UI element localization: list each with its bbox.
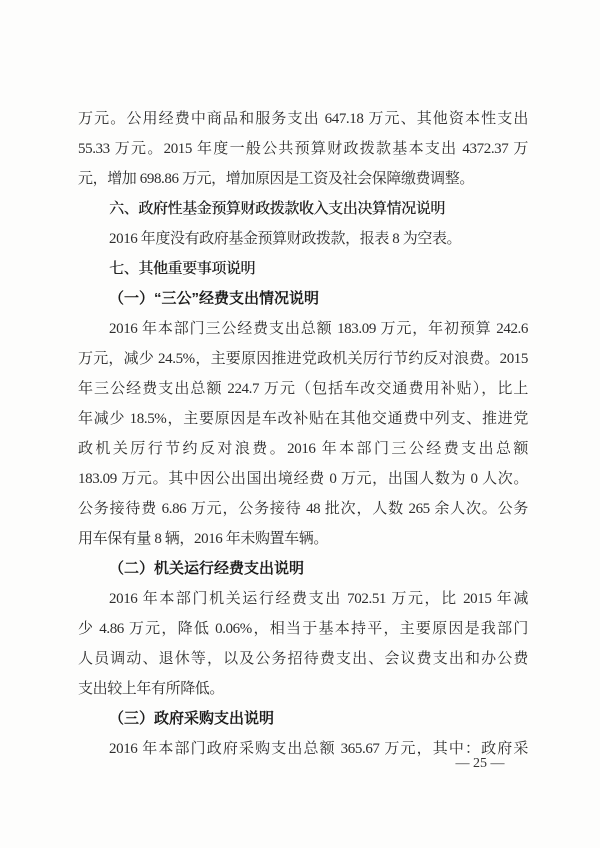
text-line: 用车保有量 8 辆，2016 年未购置车辆。 <box>78 524 528 554</box>
text-line: 人员调动、退休等，以及公务招待费支出、会议费支出和办公费 <box>78 644 528 674</box>
text-line: 2016 年本部门机关运行经费支出 702.51 万元，比 2015 年减 <box>78 584 528 614</box>
text-line: 政机关厉行节约反对浪费。2016 年本部门三公经费支出总额 <box>78 434 528 464</box>
text-line: 七、其他重要事项说明 <box>78 254 528 284</box>
text-line: （二）机关运行经费支出说明 <box>78 554 528 584</box>
text-line: 少 4.86 万元，降低 0.06%，相当于基本持平，主要原因是我部门 <box>78 614 528 644</box>
text-line: 公务接待费 6.86 万元，公务接待 48 批次，人数 265 余人次。公务 <box>78 494 528 524</box>
text-line: （一）“三公”经费支出情况说明 <box>78 284 528 314</box>
document-page: 万元。公用经费中商品和服务支出 647.18 万元、其他资本性支出55.33 万… <box>0 0 600 848</box>
text-line: 六、政府性基金预算财政拨款收入支出决算情况说明 <box>78 194 528 224</box>
text-line: 年三公经费支出总额 224.7 万元（包括车改交通费用补贴），比上 <box>78 374 528 404</box>
text-line: 2016 年本部门三公经费支出总额 183.09 万元，年初预算 242.6 <box>78 314 528 344</box>
text-line: 年减少 18.5%，主要原因是车改补贴在其他交通费中列支、推进党 <box>78 404 528 434</box>
text-line: 万元，减少 24.5%，主要原因推进党政机关厉行节约反对浪费。2015 <box>78 344 528 374</box>
page-number: — 25 — <box>438 753 522 775</box>
text-line: （三）政府采购支出说明 <box>78 704 528 734</box>
text-line: 55.33 万元。2015 年度一般公共预算财政拨款基本支出 4372.37 万 <box>78 134 528 164</box>
text-line: 183.09 万元。其中因公出国出境经费 0 万元，出国人数为 0 人次。 <box>78 464 528 494</box>
text-line: 2016 年度没有政府基金预算财政拨款，报表 8 为空表。 <box>78 224 528 254</box>
text-line: 支出较上年有所降低。 <box>78 674 528 704</box>
text-line: 万元。公用经费中商品和服务支出 647.18 万元、其他资本性支出 <box>78 104 528 134</box>
text-line: 元，增加 698.86 万元，增加原因是工资及社会保障缴费调整。 <box>78 164 528 194</box>
document-body: 万元。公用经费中商品和服务支出 647.18 万元、其他资本性支出55.33 万… <box>78 104 528 764</box>
